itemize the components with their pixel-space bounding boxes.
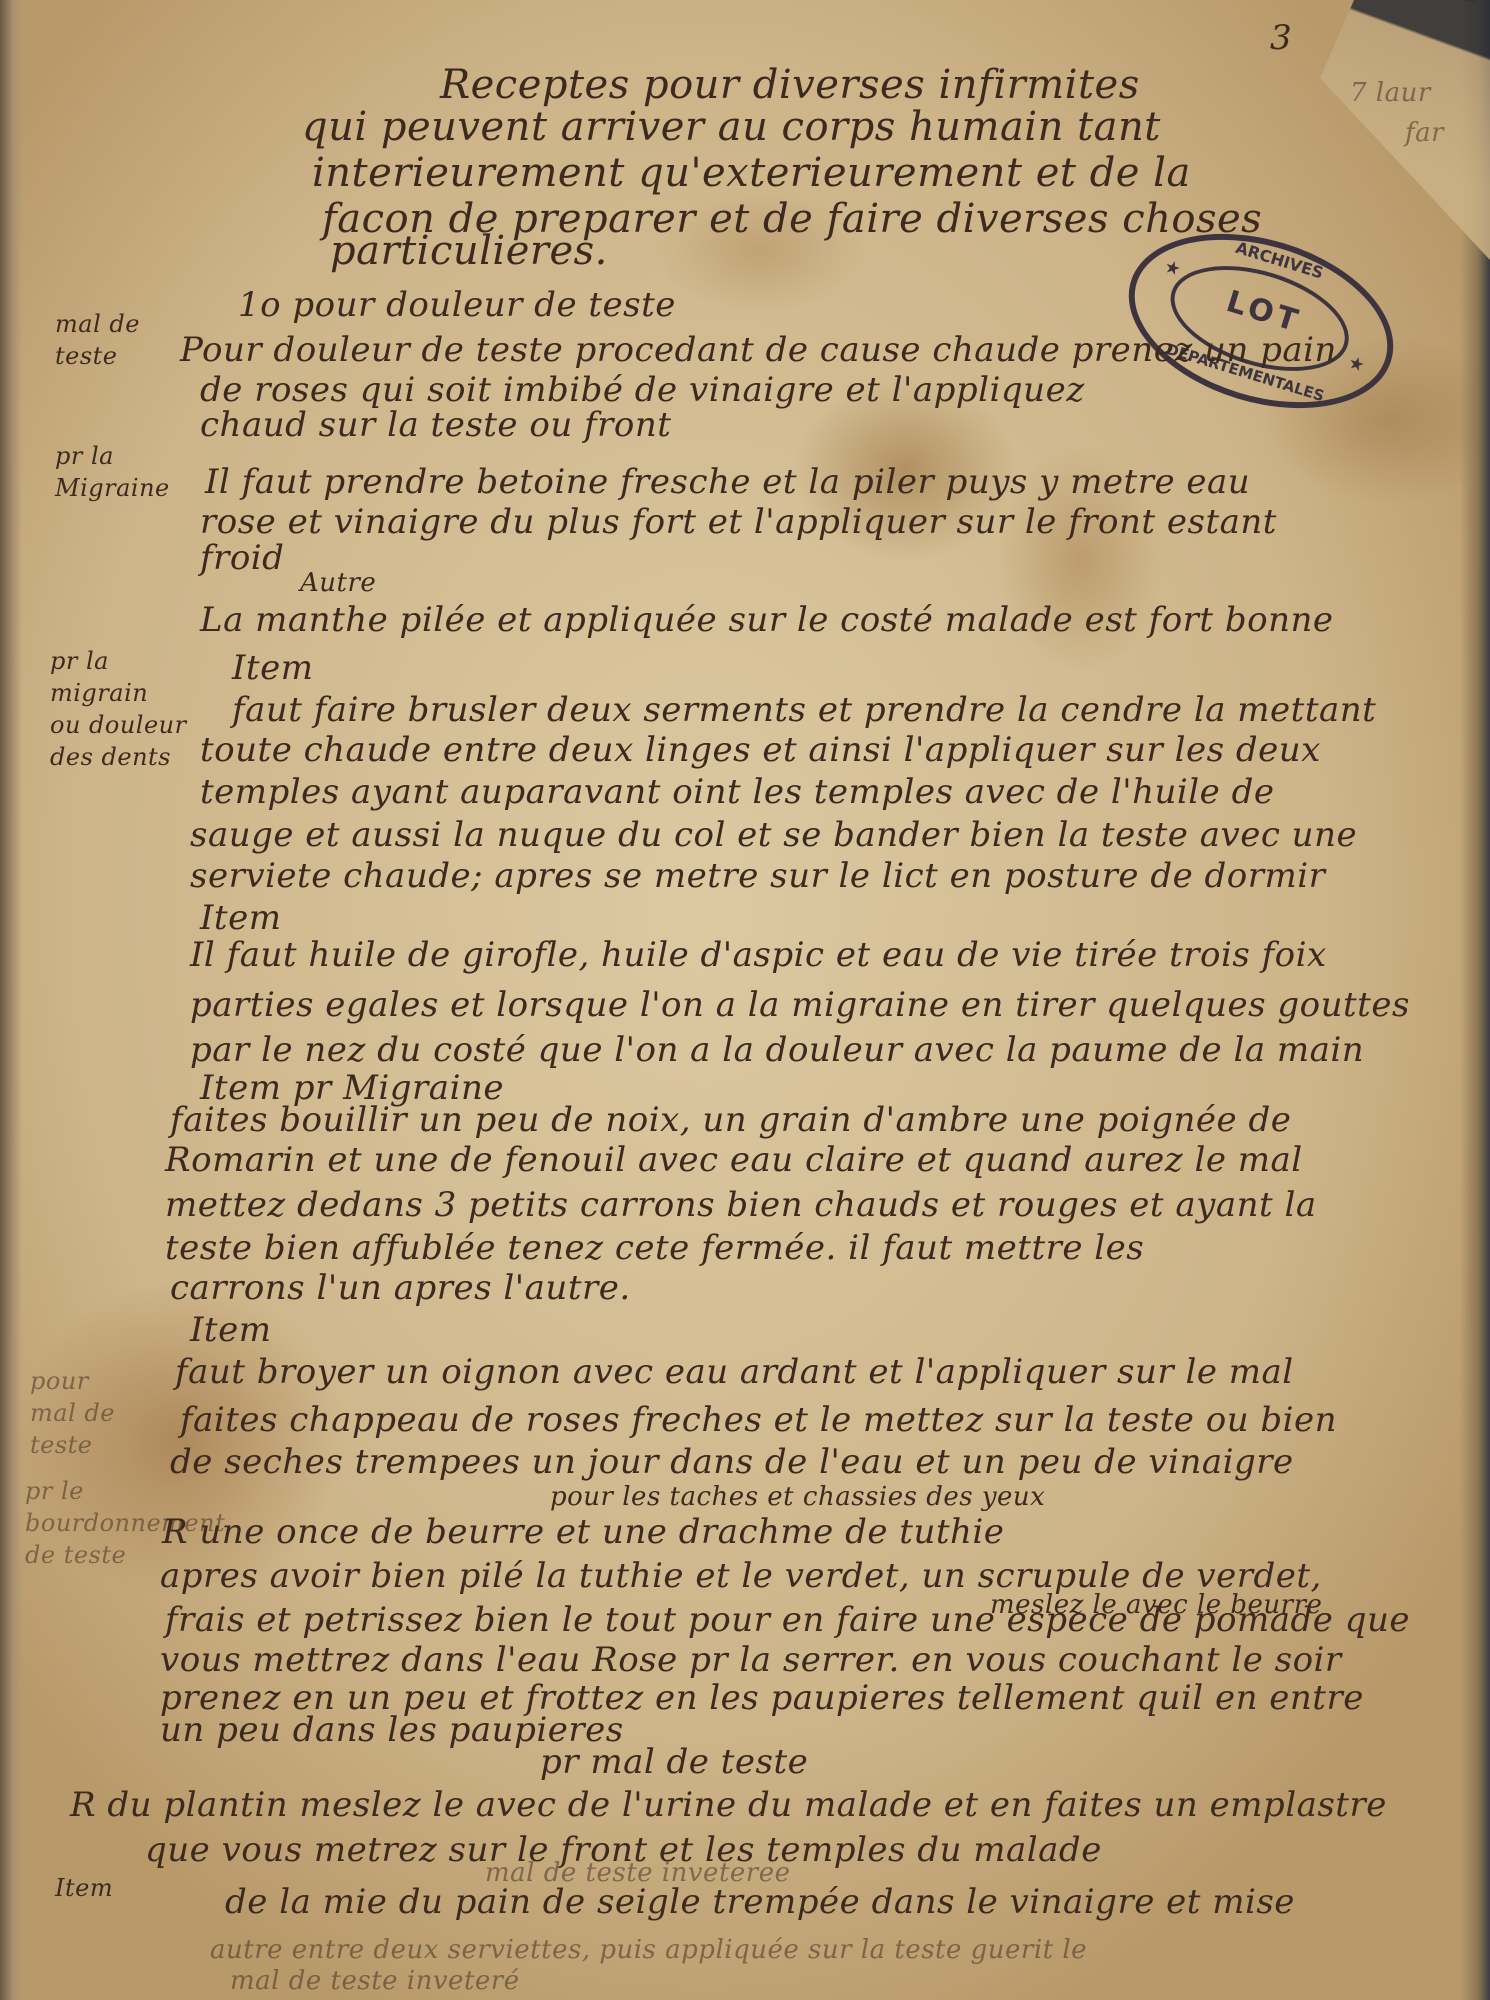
text-line: teste bien affublée tenez cete fermée. i… [165, 1228, 1144, 1268]
text-line: Il faut prendre betoine fresche et la pi… [205, 462, 1250, 502]
title-line: particulieres. [330, 228, 608, 274]
corner-note-2: far [1405, 118, 1444, 148]
text-line: R une once de beurre et une drachme de t… [162, 1512, 1004, 1552]
text-line: Il faut huile de girofle, huile d'aspic … [190, 935, 1327, 975]
text-line: rose et vinaigre du plus fort et l'appli… [200, 502, 1277, 542]
section-heading: pour les taches et chassies des yeux [550, 1482, 1045, 1512]
text-line: autre entre deux serviettes, puis appliq… [210, 1935, 1087, 1965]
margin-note: Item [55, 1872, 113, 1904]
section-heading: 1o pour douleur de teste [238, 285, 676, 325]
text-line: faites bouillir un peu de noix, un grain… [170, 1100, 1291, 1140]
title-line: interieurement qu'exterieurement et de l… [312, 150, 1191, 196]
text-line: Romarin et une de fenouil avec eau clair… [165, 1140, 1303, 1180]
page-number: 3 [1270, 18, 1292, 58]
text-line: chaud sur la teste ou front [200, 405, 671, 445]
section-heading: Item [190, 1310, 271, 1350]
section-heading: Item [232, 648, 313, 688]
text-line: de roses qui soit imbibé de vinaigre et … [200, 370, 1085, 410]
text-line: serviete chaude; apres se metre sur le l… [190, 856, 1325, 896]
text-line: par le nez du costé que l'on a la douleu… [190, 1030, 1364, 1070]
text-line: de seches trempees un jour dans de l'eau… [170, 1442, 1294, 1482]
text-line: mal de teste inveteré [230, 1966, 520, 1996]
section-heading: pr mal de teste [540, 1742, 808, 1782]
text-line: froid [200, 538, 284, 578]
text-line: La manthe pilée et appliquée sur le cost… [200, 600, 1334, 640]
margin-note: pr la migrain ou douleur des dents [50, 645, 187, 773]
text-line: temples ayant auparavant oint les temple… [200, 772, 1274, 812]
text-line: toute chaude entre deux linges et ainsi … [200, 730, 1321, 770]
margin-note: mal de teste [55, 308, 140, 372]
title-line: Receptes pour diverses infirmites [440, 62, 1140, 108]
margin-note: pour mal de teste [30, 1365, 115, 1461]
text-line: vous mettrez dans l'eau Rose pr la serre… [160, 1640, 1342, 1680]
text-line: parties egales et lorsque l'on a la migr… [190, 985, 1410, 1025]
text-line: Pour douleur de teste procedant de cause… [180, 330, 1337, 370]
corner-note-1: 7 laur [1350, 78, 1431, 108]
text-line: frais et petrissez bien le tout pour en … [165, 1600, 1410, 1640]
manuscript-page: 3 7 laur far Receptes pour diverses infi… [0, 0, 1490, 2000]
text-line: sauge et aussi la nuque du col et se ban… [190, 815, 1357, 855]
text-line: de la mie du pain de seigle trempée dans… [225, 1882, 1295, 1922]
text-line: faut faire brusler deux serments et pren… [232, 690, 1376, 730]
text-line: carrons l'un apres l'autre. [170, 1268, 631, 1308]
text-line: R du plantin meslez le avec de l'urine d… [70, 1785, 1387, 1825]
page-right-edge [1460, 0, 1490, 2000]
text-line: faites chappeau de roses freches et le m… [180, 1400, 1337, 1440]
page-binding-edge [0, 0, 22, 2000]
text-line: mettez dedans 3 petits carrons bien chau… [165, 1185, 1317, 1225]
title-line: qui peuvent arriver au corps humain tant [302, 104, 1161, 150]
margin-note: pr la Migraine [55, 440, 170, 504]
section-heading: Item [200, 898, 281, 938]
text-line: faut broyer un oignon avec eau ardant et… [175, 1352, 1294, 1392]
section-heading: Autre [300, 568, 376, 598]
